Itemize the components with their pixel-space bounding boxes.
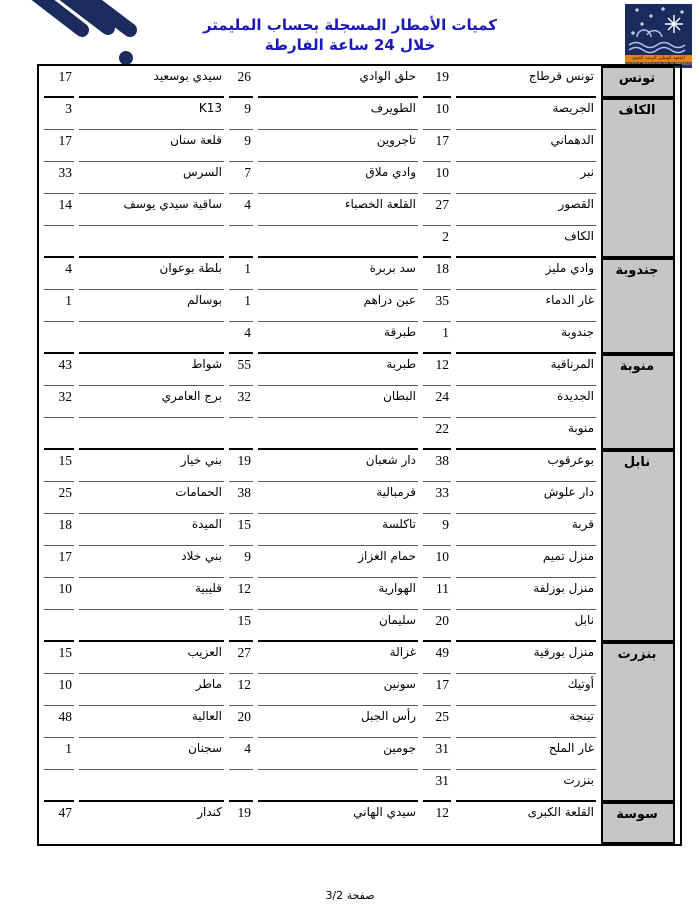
rain-value-cell: 48	[44, 706, 74, 738]
station-name-cell: تاكلسة	[258, 514, 418, 546]
station-name-cell: عين دراهم	[258, 290, 418, 322]
rain-value-cell: 49	[423, 642, 451, 674]
rain-value-cell: 1	[423, 322, 451, 354]
rain-value-cell: 25	[423, 706, 451, 738]
rain-value-cell: 12	[229, 578, 253, 610]
page-number: صفحة 3/2	[0, 889, 700, 902]
rain-value-cell: 19	[423, 66, 451, 98]
rain-value-cell	[229, 226, 253, 258]
rain-value-cell: 1	[44, 738, 74, 770]
rain-value-cell: 18	[423, 258, 451, 290]
rainfall-row: نبر10وادي ملاق7السرس33	[44, 162, 675, 194]
station-name-cell: منزل تميم	[456, 546, 596, 578]
station-name-cell	[79, 770, 224, 802]
station-name-cell: تينجة	[456, 706, 596, 738]
rainfall-row: غار الدماء35عين دراهم1بوسالم1	[44, 290, 675, 322]
station-name-cell: سد بربرة	[258, 258, 418, 290]
station-name-cell: رأس الجبل	[258, 706, 418, 738]
region-cell: جندوبة	[601, 258, 675, 354]
inm-name-arabic: المعهد الوطني للرصد الجوي	[625, 55, 692, 62]
station-name-cell: منوبة	[456, 418, 596, 450]
rainfall-table-body: تونستونس قرطاج19حلق الوادي26سيدي بوسعيد1…	[44, 66, 675, 844]
station-name-cell: ماطر	[79, 674, 224, 706]
rain-value-cell: 38	[229, 482, 253, 514]
rain-value-cell: 12	[423, 354, 451, 386]
rain-value-cell: 26	[229, 66, 253, 98]
rain-value-cell: 19	[229, 450, 253, 482]
station-name-cell: المرناقية	[456, 354, 596, 386]
rain-value-cell: 31	[423, 738, 451, 770]
rainfall-row: جندوبة1طبرقة4	[44, 322, 675, 354]
station-name-cell: وادي ملاق	[258, 162, 418, 194]
rain-value-cell: 9	[229, 130, 253, 162]
station-name-cell	[79, 418, 224, 450]
rain-value-cell: 4	[229, 738, 253, 770]
station-name-cell	[79, 610, 224, 642]
station-name-cell: الجديدة	[456, 386, 596, 418]
rain-value-cell: 10	[44, 578, 74, 610]
rain-value-cell: 32	[44, 386, 74, 418]
station-name-cell: ساقية سيدي يوسف	[79, 194, 224, 226]
station-name-cell: جندوبة	[456, 322, 596, 354]
station-name-cell: منزل بوزلفة	[456, 578, 596, 610]
rain-value-cell: 9	[423, 514, 451, 546]
rain-value-cell: 17	[44, 546, 74, 578]
station-name-cell: الطويرف	[258, 98, 418, 130]
region-cell: نابل	[601, 450, 675, 642]
station-name-cell: الدهماني	[456, 130, 596, 162]
rainfall-row: دار علوش33قرمبالية38الحمامات25	[44, 482, 675, 514]
station-name-cell: K13	[79, 98, 224, 130]
rain-value-cell: 1	[44, 290, 74, 322]
station-name-cell: كندار	[79, 802, 224, 844]
rainfall-table: تونستونس قرطاج19حلق الوادي26سيدي بوسعيد1…	[37, 64, 682, 846]
station-name-cell: قرمبالية	[258, 482, 418, 514]
rainfall-row: بنزرتمنزل بورقية49غزالة27العزيب15	[44, 642, 675, 674]
rain-value-cell: 19	[229, 802, 253, 844]
rain-value-cell: 9	[229, 546, 253, 578]
rain-value-cell: 4	[44, 258, 74, 290]
rainfall-row: نابلبوعرقوب38دار شعبان19بني خيار15	[44, 450, 675, 482]
rain-value-cell: 25	[44, 482, 74, 514]
rain-value-cell: 43	[44, 354, 74, 386]
rainfall-row: منوبة22	[44, 418, 675, 450]
rain-value-cell	[44, 770, 74, 802]
rain-value-cell	[229, 418, 253, 450]
region-cell: تونس	[601, 66, 675, 98]
rain-value-cell: 1	[229, 290, 253, 322]
station-name-cell: بنزرت	[456, 770, 596, 802]
rainfall-row: قربة9تاكلسة15الميدة18	[44, 514, 675, 546]
rain-value-cell: 17	[423, 674, 451, 706]
region-cell: منوبة	[601, 354, 675, 450]
rainfall-row: منزل بوزلفة11الهوارية12قليبية10	[44, 578, 675, 610]
station-name-cell: برج العامري	[79, 386, 224, 418]
region-cell: بنزرت	[601, 642, 675, 802]
station-name-cell: سيدي بوسعيد	[79, 66, 224, 98]
rain-value-cell: 33	[423, 482, 451, 514]
station-name-cell: بوسالم	[79, 290, 224, 322]
rainfall-row: سوسةالقلعة الكبرى12سيدي الهاني19كندار47	[44, 802, 675, 844]
rain-value-cell: 10	[44, 674, 74, 706]
rain-value-cell: 15	[229, 514, 253, 546]
rain-value-cell: 3	[44, 98, 74, 130]
station-name-cell: القلعة الخصباء	[258, 194, 418, 226]
station-name-cell: الكاف	[456, 226, 596, 258]
rain-value-cell: 1	[229, 258, 253, 290]
station-name-cell: سجنان	[79, 738, 224, 770]
rain-value-cell: 14	[44, 194, 74, 226]
region-cell: الكاف	[601, 98, 675, 258]
rainfall-row: جندوبةوادي مليز18سد بربرة1بلطة بوعوان4	[44, 258, 675, 290]
rain-value-cell: 10	[423, 546, 451, 578]
station-name-cell	[258, 770, 418, 802]
station-name-cell: سونين	[258, 674, 418, 706]
station-name-cell: بوعرقوب	[456, 450, 596, 482]
rainfall-row: نابل20سليمان15	[44, 610, 675, 642]
station-name-cell	[79, 322, 224, 354]
rain-value-cell: 17	[44, 66, 74, 98]
rain-value-cell: 11	[423, 578, 451, 610]
rain-value-cell: 2	[423, 226, 451, 258]
rain-value-cell: 17	[44, 130, 74, 162]
rain-value-cell: 10	[423, 162, 451, 194]
station-name-cell: وادي مليز	[456, 258, 596, 290]
rainfall-row: غار الملح31جومين4سجنان1	[44, 738, 675, 770]
station-name-cell: نبر	[456, 162, 596, 194]
title-line-1: كميات الأمطار المسجلة بحساب المليمتر	[0, 15, 700, 35]
rain-value-cell: 15	[44, 450, 74, 482]
station-name-cell: جومين	[258, 738, 418, 770]
station-name-cell: طبربة	[258, 354, 418, 386]
station-name-cell: دار علوش	[456, 482, 596, 514]
rain-value-cell: 27	[423, 194, 451, 226]
station-name-cell: قلعة سنان	[79, 130, 224, 162]
rain-value-cell: 9	[229, 98, 253, 130]
station-name-cell: السرس	[79, 162, 224, 194]
rain-value-cell: 17	[423, 130, 451, 162]
station-name-cell: بلطة بوعوان	[79, 258, 224, 290]
rain-value-cell: 33	[44, 162, 74, 194]
rain-value-cell: 4	[229, 322, 253, 354]
station-name-cell: العالية	[79, 706, 224, 738]
rainfall-row: منزل تميم10حمام الغزاز9بني خلاد17	[44, 546, 675, 578]
rain-value-cell: 4	[229, 194, 253, 226]
region-cell: سوسة	[601, 802, 675, 844]
rain-value-cell	[44, 610, 74, 642]
station-name-cell: سليمان	[258, 610, 418, 642]
station-name-cell: تاجروين	[258, 130, 418, 162]
rain-value-cell: 20	[423, 610, 451, 642]
station-name-cell: شواط	[79, 354, 224, 386]
station-name-cell: حمام الغزاز	[258, 546, 418, 578]
rain-value-cell: 15	[229, 610, 253, 642]
rainfall-table-wrap: تونستونس قرطاج19حلق الوادي26سيدي بوسعيد1…	[37, 64, 682, 846]
rainfall-row: منوبةالمرناقية12طبربة55شواط43	[44, 354, 675, 386]
rainfall-row: الجديدة24البطان32برج العامري32	[44, 386, 675, 418]
rainfall-row: بنزرت31	[44, 770, 675, 802]
station-name-cell: غار الدماء	[456, 290, 596, 322]
station-name-cell: دار شعبان	[258, 450, 418, 482]
inm-logo: المعهد الوطني للرصد الجوي Institut Natio…	[625, 4, 692, 68]
station-name-cell	[258, 418, 418, 450]
station-name-cell: البطان	[258, 386, 418, 418]
rain-value-cell: 10	[423, 98, 451, 130]
report-title: كميات الأمطار المسجلة بحساب المليمتر خلا…	[0, 15, 700, 55]
station-name-cell: قربة	[456, 514, 596, 546]
station-name-cell: القلعة الكبرى	[456, 802, 596, 844]
rain-value-cell: 12	[229, 674, 253, 706]
rainfall-row: الكاف2	[44, 226, 675, 258]
station-name-cell: العزيب	[79, 642, 224, 674]
station-name-cell: بني خيار	[79, 450, 224, 482]
inm-emblem-icon	[625, 4, 692, 55]
rain-value-cell: 24	[423, 386, 451, 418]
station-name-cell: منزل بورقية	[456, 642, 596, 674]
station-name-cell: حلق الوادي	[258, 66, 418, 98]
station-name-cell	[258, 226, 418, 258]
rain-value-cell: 27	[229, 642, 253, 674]
station-name-cell: بني خلاد	[79, 546, 224, 578]
station-name-cell: الهوارية	[258, 578, 418, 610]
rain-value-cell: 12	[423, 802, 451, 844]
rain-value-cell: 32	[229, 386, 253, 418]
rain-value-cell: 31	[423, 770, 451, 802]
rain-value-cell: 18	[44, 514, 74, 546]
rain-value-cell: 55	[229, 354, 253, 386]
rainfall-row: القصور27القلعة الخصباء4ساقية سيدي يوسف14	[44, 194, 675, 226]
rain-value-cell	[44, 226, 74, 258]
rainfall-row: الدهماني17تاجروين9قلعة سنان17	[44, 130, 675, 162]
station-name-cell: طبرقة	[258, 322, 418, 354]
rain-value-cell	[229, 770, 253, 802]
rainfall-row: تونستونس قرطاج19حلق الوادي26سيدي بوسعيد1…	[44, 66, 675, 98]
rain-value-cell: 7	[229, 162, 253, 194]
station-name-cell: أوتيك	[456, 674, 596, 706]
rain-value-cell: 15	[44, 642, 74, 674]
station-name-cell: الجريصة	[456, 98, 596, 130]
station-name-cell: تونس قرطاج	[456, 66, 596, 98]
rain-value-cell: 38	[423, 450, 451, 482]
rain-value-cell	[44, 418, 74, 450]
station-name-cell: قليبية	[79, 578, 224, 610]
station-name-cell: سيدي الهاني	[258, 802, 418, 844]
rain-value-cell: 47	[44, 802, 74, 844]
station-name-cell: القصور	[456, 194, 596, 226]
station-name-cell: الحمامات	[79, 482, 224, 514]
rain-value-cell: 35	[423, 290, 451, 322]
rain-value-cell: 20	[229, 706, 253, 738]
title-line-2: خلال 24 ساعة الفارطة	[0, 35, 700, 55]
rainfall-row: أوتيك17سونين12ماطر10	[44, 674, 675, 706]
rain-value-cell: 22	[423, 418, 451, 450]
station-name-cell: الميدة	[79, 514, 224, 546]
rainfall-row: الكافالجريصة10الطويرف9K133	[44, 98, 675, 130]
station-name-cell: نابل	[456, 610, 596, 642]
station-name-cell	[79, 226, 224, 258]
rain-value-cell	[44, 322, 74, 354]
station-name-cell: غزالة	[258, 642, 418, 674]
station-name-cell: غار الملح	[456, 738, 596, 770]
rainfall-row: تينجة25رأس الجبل20العالية48	[44, 706, 675, 738]
